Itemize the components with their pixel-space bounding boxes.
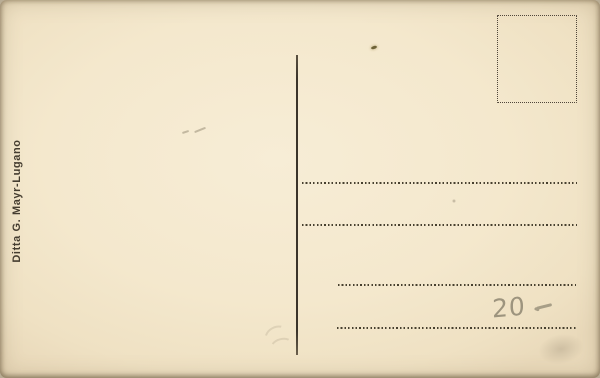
stamp-box (497, 15, 577, 103)
handwritten-price-dash (536, 303, 552, 309)
pencil-smudge (262, 318, 296, 358)
postcard-scan: Ditta G. Mayr-Lugano 20 (0, 0, 600, 378)
pencil-smudge (536, 330, 587, 368)
address-line-2 (302, 224, 577, 226)
message-address-divider (296, 55, 298, 355)
address-line-4 (337, 327, 577, 329)
handwritten-price: 20 (492, 291, 526, 323)
postcard-back: Ditta G. Mayr-Lugano 20 (0, 0, 600, 378)
publisher-imprint: Ditta G. Mayr-Lugano (11, 139, 23, 262)
pencil-smudge (182, 126, 208, 136)
address-line-1 (302, 182, 577, 184)
address-line-3 (338, 284, 576, 286)
paper-speck (452, 199, 456, 203)
paper-speck (371, 45, 378, 50)
